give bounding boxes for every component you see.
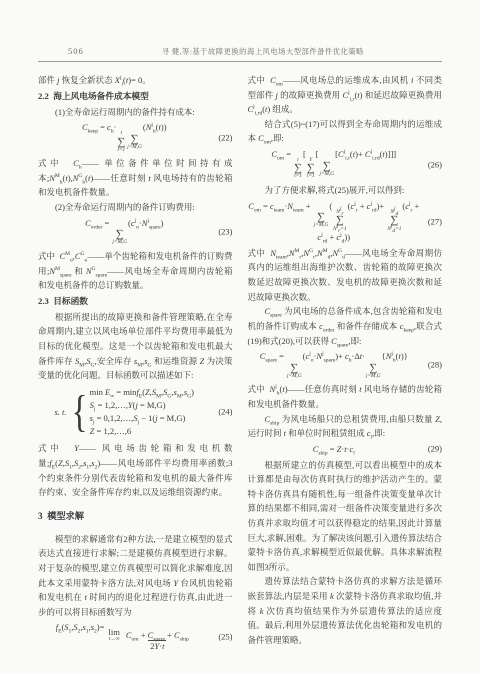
paragraph: (1)全寿命运行周期内的备件持有成本: [38, 105, 233, 120]
header-rule [38, 61, 442, 62]
equation-body: Ckeep = ch·t∑t=1∑j=M,G(Njh(t)) [82, 122, 167, 132]
equation-line: Z = 1,2,…,6 [90, 425, 194, 438]
paragraph: 为了方便求解,将式(25)展开,可以得到: [248, 183, 443, 198]
paragraph: 式中 Com——风电场总的运维成本,由风机 i 不同类型部件 j 的故障更换费用… [248, 73, 443, 117]
section-heading-2-3: 2.3 目标函数 [38, 294, 233, 309]
equation-number: (22) [218, 132, 232, 143]
paragraph: 遗传算法结合蒙特卡洛仿真的求解方法是循环嵌套算法,内层是采用 k 次蒙特卡洛仿真… [248, 574, 443, 647]
paper-page: 506 寻 健,等:基于故障更换的海上风电场大型部件备件优化策略 部件 j 恢复… [0, 0, 480, 673]
equation-number: (27) [428, 216, 442, 227]
equation-25: fE(S1,S2,s1,s2)= limt→∞Com + Cspare + Cs… [38, 619, 233, 654]
equation-body: fE(S1,S2,s1,s2)= limt→∞Com + Cspare + Cs… [56, 622, 193, 632]
equation-number: (29) [428, 444, 442, 455]
paragraph: 式中 CMo,CGo——单个齿轮箱和发电机备件的订购费用;NMspare 和 N… [38, 249, 233, 293]
equation-27: Com = cteam·Nteam + ∑j=M,G(Njr∑Njr=1(cjr… [248, 198, 443, 246]
equation-body: Com = cteam·Nteam + ∑j=M,G(Njr∑Njr=1(cjr… [248, 201, 419, 243]
paragraph: 模型的求解通常有2种方法,一是建立模型的显式表达式直接进行求解;二是建模仿真模型… [38, 532, 233, 620]
equation-26: Com = t∑t=1[Y∑i=1[∑j=M,G[Cji,r(t)+ Cji,r… [248, 146, 443, 183]
equation-body: Corder = ∑j=M,G(cjo·Njspare) [85, 218, 163, 228]
equation-24: s. t. { min E∞ = minfE(Z,SM,SG,sM,sG) Sj… [38, 383, 233, 442]
cases-brace: { [71, 392, 87, 432]
equation-line: Sj = 1,2,…,Y(j = M,G) [90, 399, 194, 412]
page-number: 506 [68, 46, 84, 56]
two-column-body: 部件 j 恢复全新状态 Xji(t)= 0。 2.2 海上风电场备件成本模型 (… [38, 73, 442, 655]
equation-number: (26) [428, 159, 442, 170]
equation-cases: min E∞ = minfE(Z,SM,SG,sM,sG) Sj = 1,2,…… [90, 386, 194, 439]
page-header: 506 寻 健,等:基于故障更换的海上风电场大型部件备件优化策略 [38, 46, 442, 57]
paragraph: 结合式(5)~(17)可以得到全寿命周期内的运维成本 Com,即: [248, 117, 443, 146]
equation-28: Cspare = ∑j=M,G(cjo·Njspare)+ ch·Δt·∑j=M… [248, 348, 443, 382]
running-title: 寻 健,等:基于故障更换的海上风电场大型部件备件优化策略 [84, 47, 442, 57]
paragraph: Cspare 为风电场的总备件成本,包含齿轮箱和发电机的备件订购成本 corde… [248, 304, 443, 348]
paragraph: 根据所建立的仿真模型,可以看出模型中的成本计算都是由每次仿真时执行的维护活动产生… [248, 458, 443, 575]
paragraph: (2)全寿命运行周期内的备件订购费用: [38, 200, 233, 215]
right-column: 式中 Com——风电场总的运维成本,由风机 i 不同类型部件 j 的故障更换费用… [248, 73, 443, 655]
paragraph: 式中 Njh(t)——任意仿真时刻 t 风电场存储的齿轮箱和发电机备件数量。 [248, 382, 443, 411]
equation-line: min E∞ = minfE(Z,SM,SG,sM,sG) [90, 386, 194, 399]
section-heading-2-2: 2.2 海上风电场备件成本模型 [38, 89, 233, 104]
equation-number: (24) [218, 407, 232, 418]
equation-23: Corder = ∑j=M,G(cjo·Njspare) (23) [38, 215, 233, 249]
paragraph: 式中 Y—— 风电场齿轮箱和发电机数量;fE(Z,S1,S2,s1,s2)——风… [38, 441, 233, 499]
equation-number: (23) [218, 226, 232, 237]
equation-body: Cspare = ∑j=M,G(cjo·Njspare)+ ch·Δt·∑j=M… [260, 351, 408, 361]
left-column: 部件 j 恢复全新状态 Xji(t)= 0。 2.2 海上风电场备件成本模型 (… [38, 73, 233, 655]
subject-to-label: s. t. [55, 407, 67, 418]
equation-line: sj = 0,1,2,…,Sj − 1(j = M,G) [90, 412, 194, 425]
section-heading-3: 3 模型求解 [38, 509, 233, 525]
equation-number: (25) [218, 632, 232, 643]
paragraph: 式中 Ch—— 单位备件单位时间持有成本;NMh(t),NGh(t)——任意时刻… [38, 156, 233, 200]
paragraph: Cship 为风电场船只的总租赁费用,由船只数量 Z,运行时间 t 和单位时间租… [248, 412, 443, 441]
equation-body: Cship = Z·t·cl [313, 444, 355, 454]
paragraph: 部件 j 恢复全新状态 Xji(t)= 0。 [38, 73, 233, 88]
paragraph: 式中 Nteam,NMr,NGr,NMd,NGd——风电场全寿命周期仿真内的运维… [248, 246, 443, 304]
paragraph: 根据所提出的故障更换和备件管理策略,在全寿命周期内,建立以风电场单位部件平均费用… [38, 310, 233, 383]
equation-body: Com = t∑t=1[Y∑i=1[∑j=M,G[Cji,r(t)+ Cji,r… [271, 149, 396, 159]
equation-22: Ckeep = ch·t∑t=1∑j=M,G(Njh(t)) (22) [38, 119, 233, 156]
equation-number: (28) [428, 360, 442, 371]
equation-29: Cship = Z·t·cl (29) [248, 441, 443, 458]
